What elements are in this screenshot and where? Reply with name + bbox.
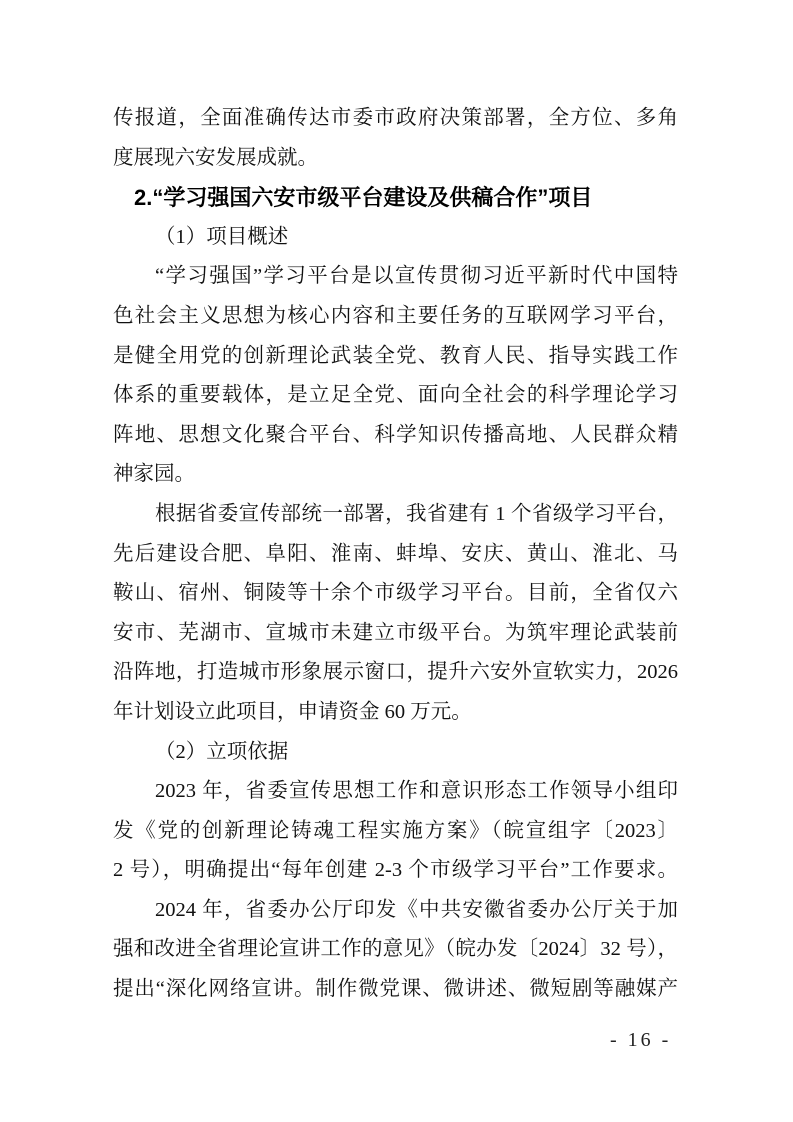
text-line: 年计划设立此项目，申请资金 60 万元。 [113,693,678,733]
text-line: 发《党的创新理论铸魂工程实施方案》（皖宣组字〔2023〕 [113,812,678,852]
text-line: 2023 年，省委宣传思想工作和意识形态工作领导小组印 [113,772,678,812]
text-line: 色社会主义思想为核心内容和主要任务的互联网学习平台， [113,297,678,337]
text-line: 传报道，全面准确传达市委市政府决策部署，全方位、多角 [113,99,678,139]
text-line: 度展现六安发展成就。 [113,139,678,179]
subsection-heading: （2）立项依据 [113,733,678,773]
text-line: 鞍山、宿州、铜陵等十余个市级学习平台。目前，全省仅六 [113,574,678,614]
subsection-heading: （1）项目概述 [113,218,678,258]
text-line: 沿阵地，打造城市形象展示窗口，提升六安外宣软实力，2026 [113,653,678,693]
page-number: - 16 - [610,1029,671,1052]
text-line: 根据省委宣传部统一部署，我省建有 1 个省级学习平台， [113,495,678,535]
text-line: 2 号），明确提出“每年创建 2-3 个市级学习平台”工作要求。 [113,851,678,891]
text-line: “学习强国”学习平台是以宣传贯彻习近平新时代中国特 [113,257,678,297]
document-body: 传报道，全面准确传达市委市政府决策部署，全方位、多角度展现六安发展成就。2.“学… [113,99,678,1010]
text-line: 是健全用党的创新理论武装全党、教育人民、指导实践工作 [113,337,678,377]
text-line: 阵地、思想文化聚合平台、科学知识传播高地、人民群众精 [113,416,678,456]
text-line: 2024 年，省委办公厅印发《中共安徽省委办公厅关于加 [113,891,678,931]
text-line: 先后建设合肥、阜阳、淮南、蚌埠、安庆、黄山、淮北、马 [113,535,678,575]
text-line: 神家园。 [113,455,678,495]
text-line: 强和改进全省理论宣讲工作的意见》（皖办发〔2024〕32 号）， [113,930,678,970]
text-line: 提出“深化网络宣讲。制作微党课、微讲述、微短剧等融媒产 [113,970,678,1010]
text-line: 体系的重要载体，是立足全党、面向全社会的科学理论学习 [113,376,678,416]
text-line: 安市、芜湖市、宣城市未建立市级平台。为筑牢理论武装前 [113,614,678,654]
section-heading: 2.“学习强国六安市级平台建设及供稿合作”项目 [113,178,678,218]
document-page: 传报道，全面准确传达市委市政府决策部署，全方位、多角度展现六安发展成就。2.“学… [0,0,793,1122]
